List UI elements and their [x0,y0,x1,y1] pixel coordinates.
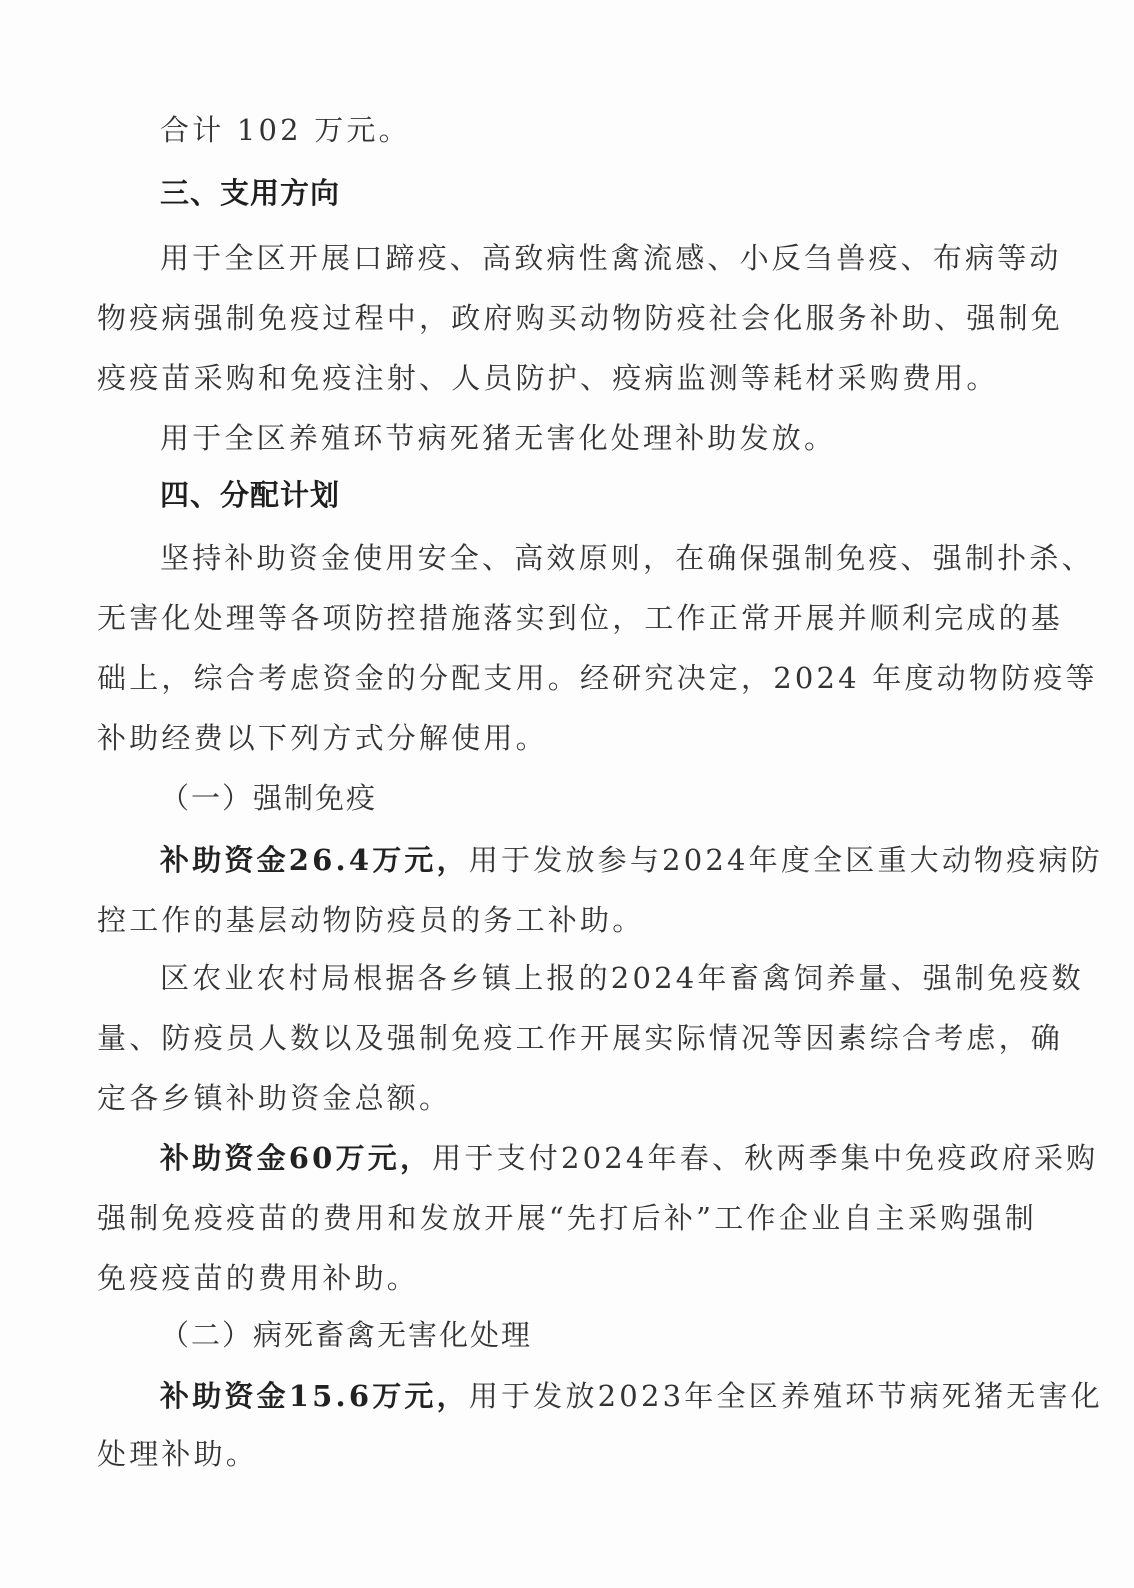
subsection-1-para1-line2: 控工作的基层动物防疫员的务工补助。 [97,890,1047,950]
section-4-para1-line4: 补助经费以下列方式分解使用。 [97,708,1047,768]
section-3-para1-line3: 疫疫苗采购和免疫注射、人员防护、疫病监测等耗材采购费用。 [97,348,1047,408]
subsection-1-para2-line1: 区农业农村局根据各乡镇上报的2024年畜禽饲养量、强制免疫数 [160,948,1040,1008]
subsection-1-heading: （一）强制免疫 [160,768,1110,828]
subsection-2-para1-line2: 处理补助。 [97,1424,1047,1484]
subsection-2-para1-line1: 补助资金15.6万元，用于发放2023年全区养殖环节病死猪无害化 [160,1366,1040,1426]
section-3-para1-line1: 用于全区开展口蹄疫、高致病性禽流感、小反刍兽疫、布病等动 [160,228,1037,288]
subsection-1-para1-text: 用于发放参与2024年度全区重大动物疫病防 [469,843,1103,877]
subsection-2-heading: （二）病死畜禽无害化处理 [160,1305,1110,1365]
total-amount-line: 合计 102 万元。 [160,100,1110,160]
subsection-2-para1-text: 用于发放2023年全区养殖环节病死猪无害化 [469,1379,1103,1413]
section-3-heading: 三、支用方向 [160,163,1110,223]
subsidy-amount-15-6: 补助资金15.6万元， [160,1379,469,1413]
subsection-1-para2-line2: 量、防疫员人数以及强制免疫工作开展实际情况等因素综合考虑，确 [97,1008,1037,1068]
section-4-para1-line1: 坚持补助资金使用安全、高效原则，在确保强制免疫、强制扑杀、 [160,528,1040,588]
section-3-para2-line1: 用于全区养殖环节病死猪无害化处理补助发放。 [160,408,1110,468]
subsidy-amount-60: 补助资金60万元， [160,1141,432,1175]
subsection-1-para1-line1: 补助资金26.4万元，用于发放参与2024年度全区重大动物疫病防 [160,830,1040,890]
document-page: 合计 102 万元。 三、支用方向 用于全区开展口蹄疫、高致病性禽流感、小反刍兽… [0,0,1134,1588]
subsection-1-para3-line3: 免疫疫苗的费用补助。 [97,1248,1047,1308]
subsection-1-para3-line2: 强制免疫疫苗的费用和发放开展“先打后补”工作企业自主采购强制 [97,1188,1037,1248]
subsection-1-para2-line3: 定各乡镇补助资金总额。 [97,1068,1047,1128]
section-4-heading: 四、分配计划 [160,465,1110,525]
section-4-para1-line2: 无害化处理等各项防控措施落实到位，工作正常开展并顺利完成的基 [97,588,1037,648]
section-3-para1-line2: 物疫病强制免疫过程中，政府购买动物防疫社会化服务补助、强制免 [97,288,1037,348]
section-4-para1-line3: 础上，综合考虑资金的分配支用。经研究决定，2024 年度动物防疫等 [97,648,1037,708]
subsection-1-para3-line1: 补助资金60万元，用于支付2024年春、秋两季集中免疫政府采购 [160,1128,1040,1188]
subsection-1-para3-text: 用于支付2024年春、秋两季集中免疫政府采购 [432,1141,1098,1175]
subsidy-amount-26-4: 补助资金26.4万元， [160,843,469,877]
